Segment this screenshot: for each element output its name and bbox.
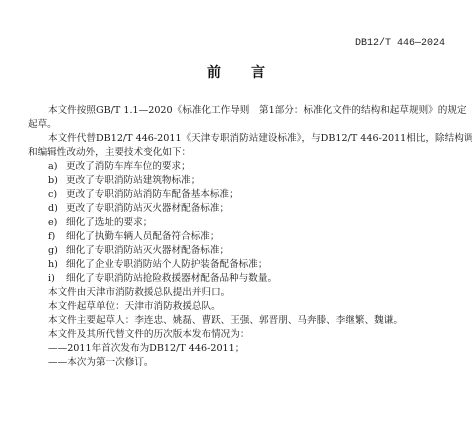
- item-label: i): [48, 272, 66, 286]
- page-title: 前言: [0, 62, 472, 82]
- change-item-h: h)细化了企业专职消防站个人防护装备配备标准；: [28, 258, 446, 272]
- item-text: 细化了企业专职消防站个人防护装备配备标准；: [66, 259, 267, 270]
- change-item-i: i)细化了专职消防站抢险救援器材配备品种与数量。: [28, 272, 446, 286]
- change-item-g: g)细化了专职消防站灭火器材配备标准；: [28, 244, 446, 258]
- item-label: h): [48, 258, 66, 272]
- item-label: g): [48, 244, 66, 258]
- history-intro: 本文件及其所代替文件的历次版本发布情况为：: [28, 328, 446, 342]
- foreword-body: 本文件按照GB/T 1.1—2020《标准化工作导则 第1部分：标准化文件的结构…: [28, 104, 446, 370]
- item-text: 更改了专职消防站建筑物标准；: [66, 175, 200, 186]
- item-label: a): [48, 160, 66, 174]
- item-text: 更改了消防车库车位的要求；: [66, 161, 191, 172]
- item-label: c): [48, 188, 66, 202]
- history-item-1: ——2011年首次发布为DB12/T 446-2011；: [28, 342, 446, 356]
- document-code: DB12/T 446—2024: [355, 38, 445, 49]
- item-label: d): [48, 202, 66, 216]
- change-item-a: a)更改了消防车库车位的要求；: [28, 160, 446, 174]
- change-item-f: f)细化了执勤车辆人员配备符合标准；: [28, 230, 446, 244]
- item-text: 细化了执勤车辆人员配备符合标准；: [66, 231, 220, 242]
- history-item-2: ——本次为第一次修订。: [28, 356, 446, 370]
- change-item-c: c)更改了专职消防站消防车配备基本标准；: [28, 188, 446, 202]
- item-label: b): [48, 174, 66, 188]
- item-label: e): [48, 216, 66, 230]
- paragraph-1-line-2: 起草。: [28, 118, 446, 132]
- drafting-unit-statement: 本文件起草单位：天津市消防救援总队。: [28, 300, 446, 314]
- item-text: 更改了专职消防站灭火器材配备标准；: [66, 203, 229, 214]
- item-text: 更改了专职消防站消防车配备基本标准；: [66, 189, 239, 200]
- item-text: 细化了专职消防站灭火器材配备标准；: [66, 245, 229, 256]
- title-char-1: 前: [207, 62, 221, 82]
- item-text: 细化了专职消防站抢险救援器材配备品种与数量。: [66, 273, 277, 284]
- change-item-d: d)更改了专职消防站灭火器材配备标准；: [28, 202, 446, 216]
- change-item-e: e)细化了选址的要求；: [28, 216, 446, 230]
- item-label: f): [48, 230, 66, 244]
- change-item-b: b)更改了专职消防站建筑物标准；: [28, 174, 446, 188]
- paragraph-2-line-1: 本文件代替DB12/T 446-2011《天津专职消防站建设标准》，与DB12/…: [28, 132, 446, 146]
- drafters-statement: 本文件主要起草人：李连忠、姚磊、曹跃、王强、郭晋朋、马奔滕、李继繁、魏谦。: [28, 314, 446, 328]
- item-text: 细化了选址的要求；: [66, 217, 152, 228]
- proposer-statement: 本文件由天津市消防救援总队提出并归口。: [28, 286, 446, 300]
- paragraph-1-line-1: 本文件按照GB/T 1.1—2020《标准化工作导则 第1部分：标准化文件的结构…: [28, 104, 446, 118]
- paragraph-2-line-2: 和编辑性改动外，主要技术变化如下：: [28, 146, 446, 160]
- title-char-2: 言: [251, 62, 265, 82]
